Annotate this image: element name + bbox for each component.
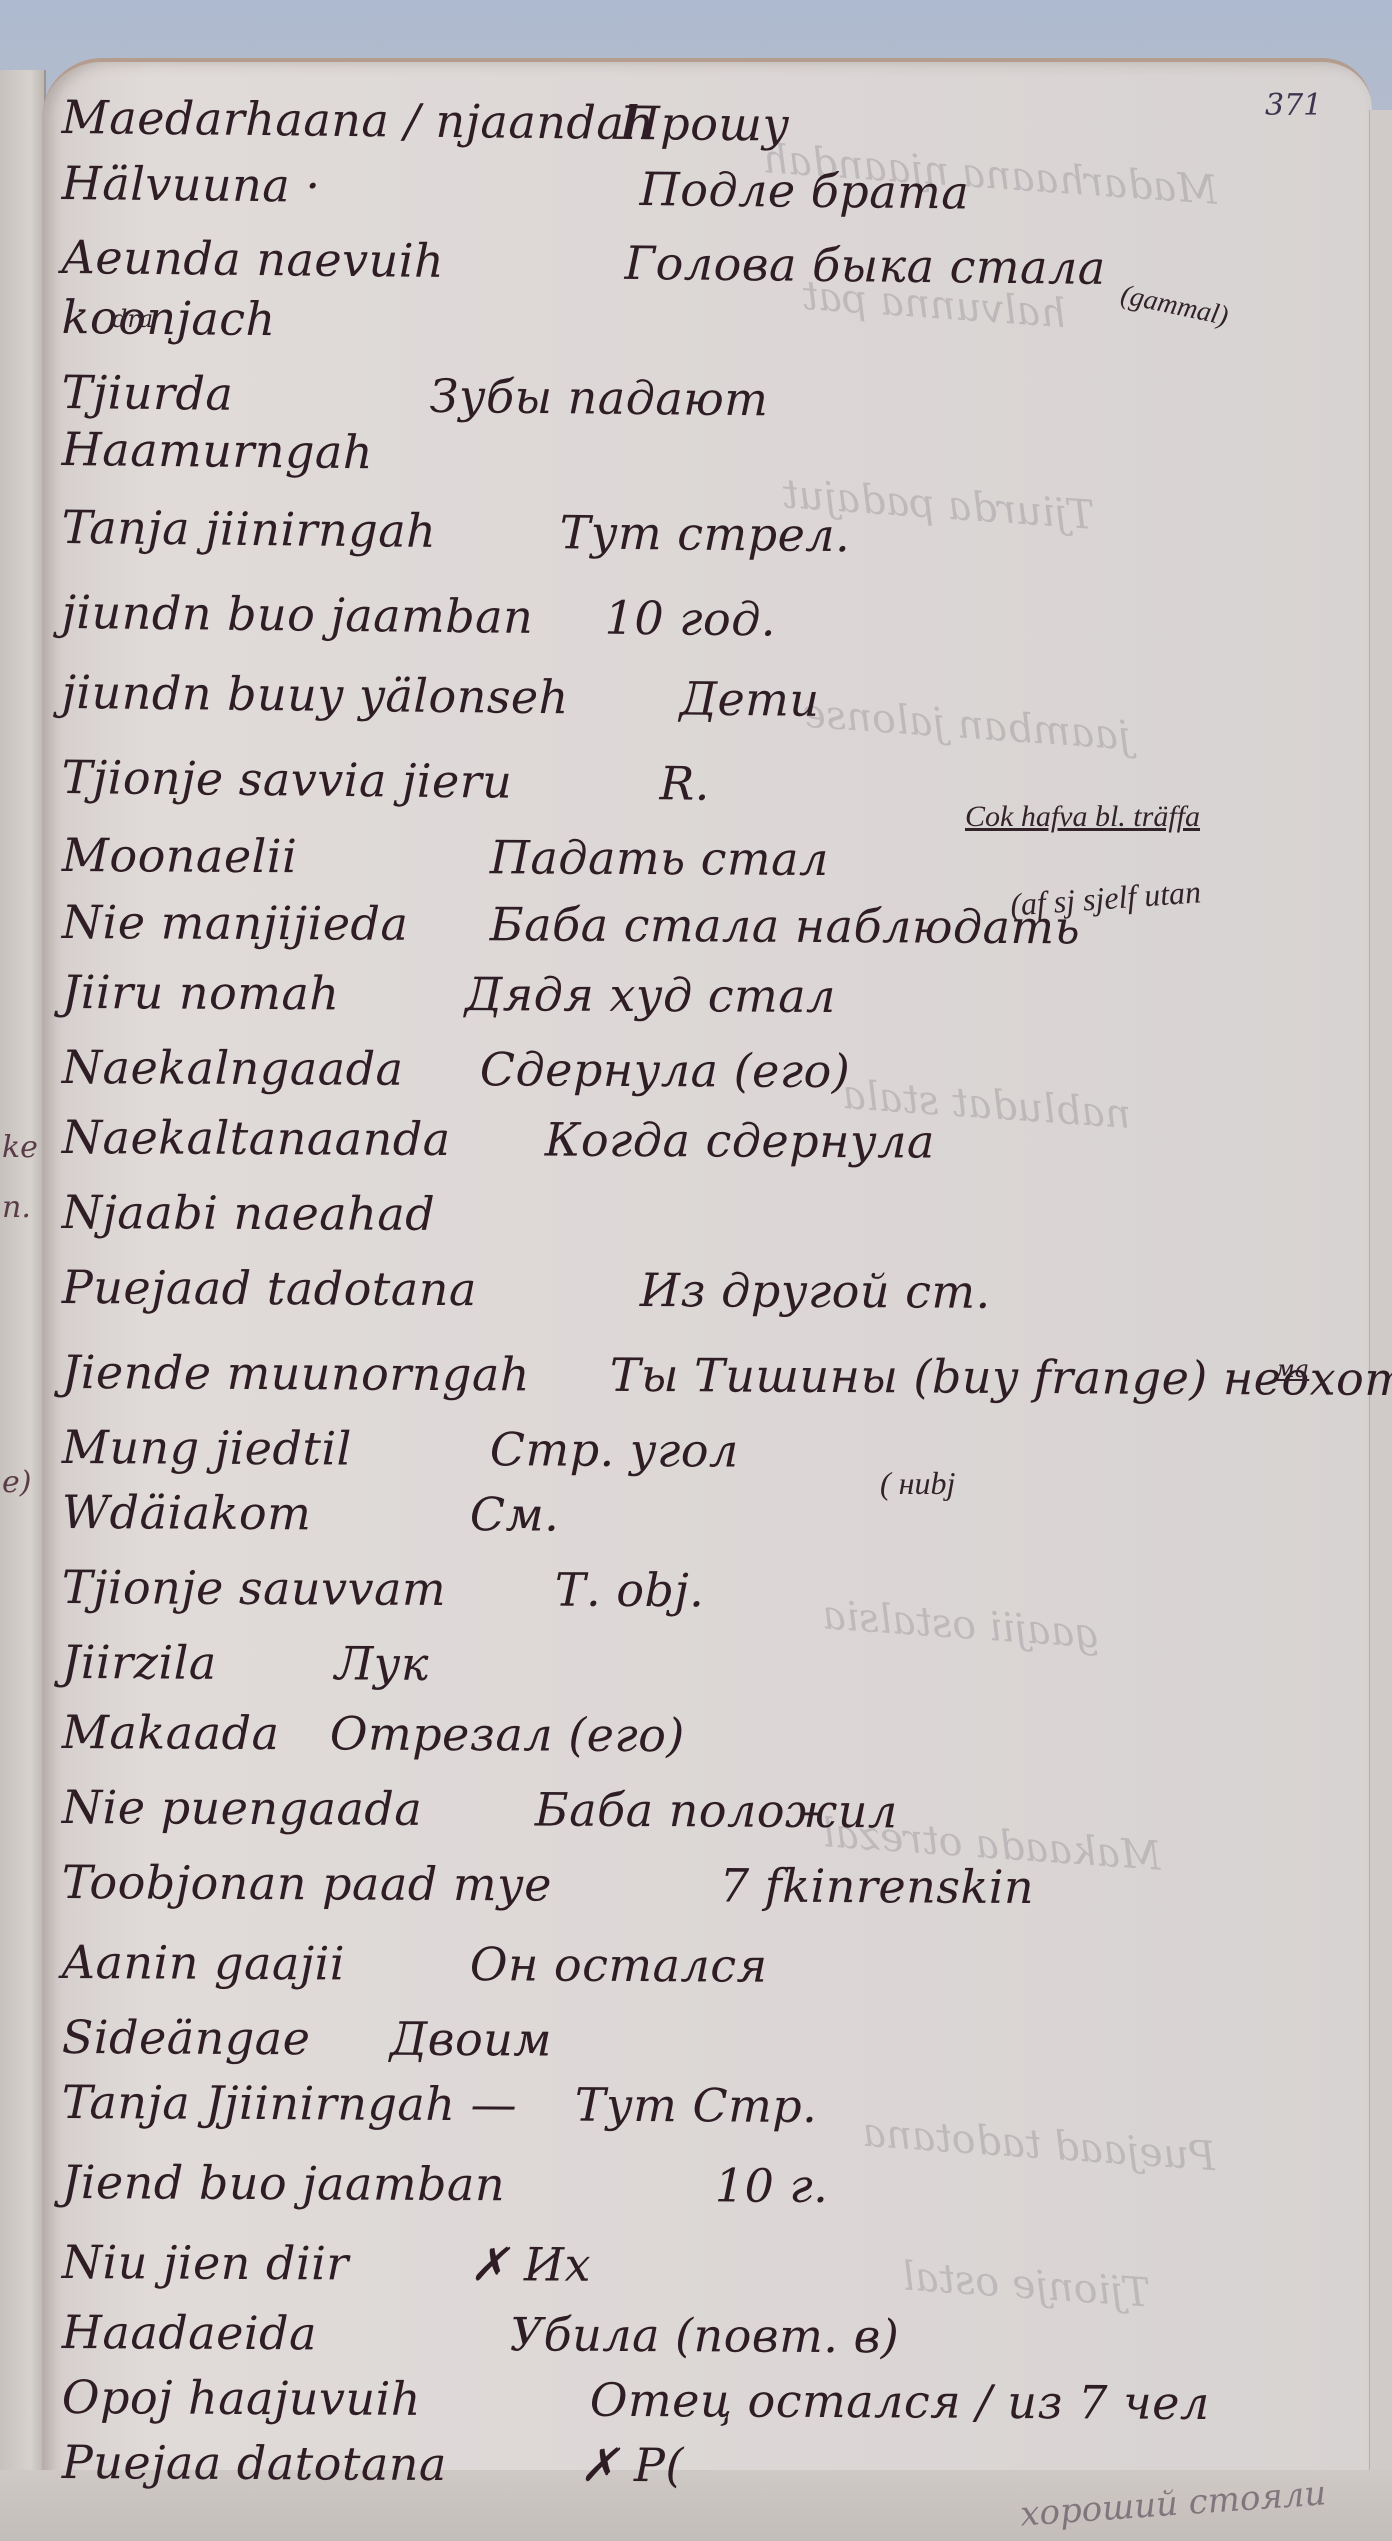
russian-translation: Тут стрел. (559, 505, 850, 562)
source-term: Puejaad tadotana (62, 1260, 477, 1316)
source-term: Naekalngaada (62, 1040, 404, 1096)
russian-translation: Стр. угол (490, 1422, 739, 1477)
source-term: Maedarhaana / njaandah (61, 90, 654, 150)
source-term: Tanja Jjiinirngah — (62, 2075, 517, 2131)
russian-translation: Отрезал (его) (330, 1706, 685, 1762)
russian-translation: R. (659, 756, 710, 811)
russian-translation: Из другой ст. (640, 1263, 991, 1319)
russian-translation: Когда сдернула (545, 1113, 935, 1169)
russian-translation: 7 fkinrenskin (720, 1858, 1035, 1914)
source-term: Jiend buo jaamban (62, 2155, 505, 2211)
source-term: Mung jiedtil (62, 1420, 352, 1476)
margin-note-swedish: Cok hafva bl. träffa (965, 800, 1200, 834)
russian-translation: 10 г. (715, 2158, 829, 2213)
source-term: Tjionje savvia jieru (61, 750, 512, 809)
russian-translation: Зубы падают (429, 369, 768, 427)
source-term: Tjionje sauvvam (62, 1560, 447, 1616)
russian-translation: Убила (повт. в) (510, 2307, 900, 2363)
russian-translation: Тут Стр. (575, 2078, 818, 2133)
source-term: Opoj haajuvuih (62, 2370, 421, 2426)
russian-translation: Баба положил (535, 1782, 898, 1838)
russian-translation: Баба стала наблюдать (490, 897, 1081, 954)
source-term: Aeunda naevuih (61, 230, 444, 288)
facing-page-bleed-text: хороший стояли (1019, 2473, 1328, 2534)
source-term: Tjiurda (61, 365, 233, 421)
source-term: Makaada (62, 1705, 280, 1760)
source-term: Nie manjijieda (62, 895, 409, 951)
source-term: Haamurngah (61, 422, 373, 479)
source-term: Jiende muunorngah (62, 1345, 530, 1401)
left-margin-fragment: ke (2, 1130, 38, 1165)
source-term: Naekaltanaanda (62, 1110, 451, 1166)
russian-translation: 10 год. (604, 591, 776, 647)
source-term: Nie puengaada (62, 1780, 423, 1836)
source-term: Jiiru nomah (62, 965, 340, 1020)
source-term: Niu jien diir (62, 2235, 349, 2291)
source-term: Sideängae (62, 2010, 311, 2065)
margin-note-nubj: ( нubj (880, 1465, 955, 1502)
russian-translation: ✗ Их (470, 2237, 592, 2292)
source-term: koonjach (61, 290, 276, 346)
source-term: jiundn buuy yälonseh (61, 665, 569, 724)
insertion-note: dra (112, 305, 153, 333)
source-term: Njaabi naeahad (62, 1185, 436, 1241)
right-page-edge (1369, 110, 1392, 2490)
russian-translation: Он остался (470, 1937, 768, 1993)
left-facing-page-edge: ke n. e) (0, 70, 46, 2470)
left-margin-fragment: n. (2, 1190, 31, 1225)
source-term: Puejaa datotana (62, 2435, 447, 2491)
source-term: jiundn buo jaamban (61, 585, 533, 644)
russian-translation: Падать стал (490, 830, 829, 886)
russian-translation: Лук (335, 1636, 429, 1690)
source-term: Aanin gaajii (62, 1935, 345, 1990)
russian-translation: Т. obj. (555, 1563, 705, 1618)
russian-translation: Двоим (390, 2012, 552, 2067)
russian-translation: Отец остался / из 7 чел (590, 2373, 1210, 2430)
source-term: Hälvuuna · (61, 156, 320, 213)
source-term: Moonaelii (62, 828, 298, 883)
source-term: Tanja jiinirngah (61, 500, 436, 558)
page-number: 371 (1265, 88, 1322, 123)
russian-translation: Дядя худ стал (465, 967, 836, 1023)
russian-translation: Голова быка стала (624, 236, 1106, 295)
russian-translation: ✗ Р( (580, 2438, 684, 2493)
source-term: Toobjonan paad туе (62, 1855, 552, 1912)
source-term: Jiirzila (62, 1635, 217, 1690)
source-term: Haadaeida (62, 2305, 317, 2360)
insertion-note-ma: ма (1275, 1355, 1309, 1383)
russian-translation: Прошу (619, 96, 790, 152)
russian-translation: См. (470, 1487, 560, 1541)
source-term: Wdäiakom (62, 1485, 312, 1540)
russian-translation: Дети (679, 671, 819, 726)
russian-translation: Подле брата (639, 162, 969, 219)
russian-translation: Сдернула (его) (480, 1042, 851, 1098)
left-margin-fragment: e) (2, 1465, 31, 1500)
